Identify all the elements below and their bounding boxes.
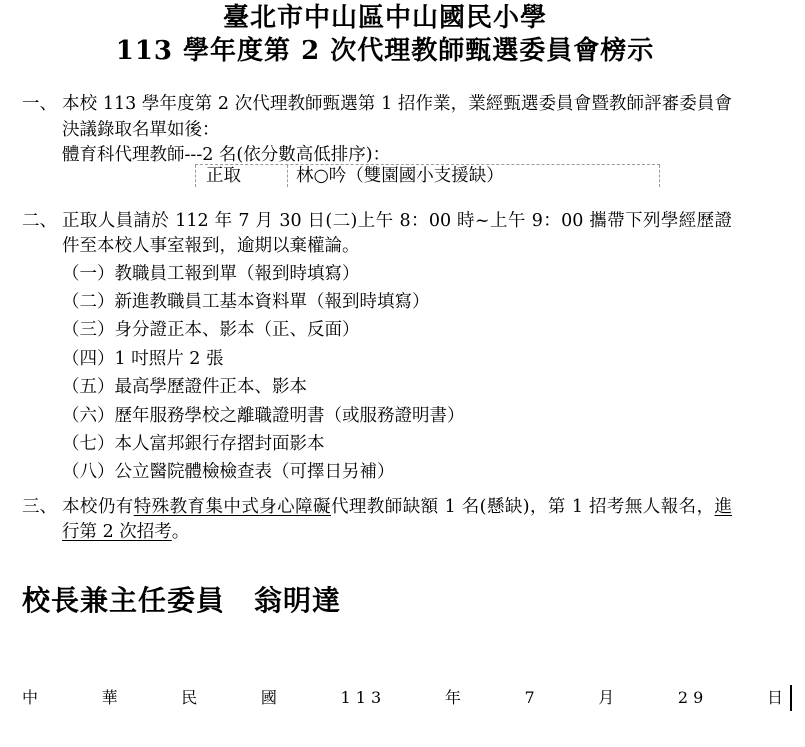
school-title: 臺北市中山區中山國民小學 — [22, 2, 748, 35]
section-2-paragraph: 正取人員請於 112 年 7 月 30 日(二)上午 8：00 時~上午 9：0… — [62, 209, 732, 260]
date-char: 月 — [598, 686, 614, 710]
section-2-body: 正取人員請於 112 年 7 月 30 日(二)上午 8：00 時~上午 9：0… — [62, 209, 732, 487]
section-2: 二、 正取人員請於 112 年 7 月 30 日(二)上午 8：00 時~上午 … — [22, 209, 734, 487]
result-name-cell: 林○吟（雙園國小支援缺） — [287, 165, 660, 187]
text-cursor — [790, 685, 792, 711]
section-1-paragraph: 本校 113 學年度第 2 次代理教師甄選第 1 招作業，業經甄選委員會暨教師評… — [62, 92, 732, 143]
section-3: 三、 本校仍有特殊教育集中式身心障礙代理教師缺額 1 名(懸缺)，第 1 招考無… — [22, 495, 734, 546]
date-month-value: 7 — [524, 686, 534, 710]
checklist-item: （四）1 吋照片 2 張 — [62, 345, 732, 373]
checklist-item: （一）教職員工報到單（報到時填寫） — [62, 260, 732, 288]
checklist-item: （三）身分證正本、影本（正、反面） — [62, 316, 732, 344]
admission-result-table: 正取 林○吟（雙園國小支援缺） — [195, 164, 660, 187]
document-page[interactable]: 臺北市中山區中山國民小學 113 學年度第 2 次代理教師甄選委員會榜示 一、 … — [0, 0, 805, 747]
section-3-underlined-vacancy: 特殊教育集中式身心障礙 — [134, 497, 331, 517]
date-char: 民 — [181, 686, 197, 710]
date-char: 華 — [102, 686, 118, 710]
section-1-number: 一、 — [22, 92, 62, 118]
section-3-text: 。 — [172, 522, 190, 542]
date-line: 中 華 民 國 1 1 3 年 7 月 2 9 日 — [22, 685, 792, 711]
checklist-item: （五）最高學歷證件正本、影本 — [62, 373, 732, 401]
principal-signature: 校長兼主任委員 翁明達 — [22, 583, 805, 619]
checklist-item: （六）歷年服務學校之離職證明書（或服務證明書） — [62, 402, 732, 430]
section-2-number: 二、 — [22, 209, 62, 235]
section-3-text: 本校仍有 — [62, 497, 134, 517]
date-day-group: 日 — [767, 685, 792, 711]
date-char: 日 — [767, 686, 783, 710]
section-1-body: 本校 113 學年度第 2 次代理教師甄選第 1 招作業，業經甄選委員會暨教師評… — [62, 92, 732, 169]
result-status-cell: 正取 — [195, 165, 287, 187]
date-char: 年 — [445, 686, 461, 710]
date-char: 中 — [22, 686, 38, 710]
checklist-item: （八）公立醫院體檢檢查表（可擇日另補） — [62, 458, 732, 486]
section-3-number: 三、 — [22, 495, 62, 521]
section-3-text: 代理教師缺額 1 名(懸缺)，第 1 招考無人報名， — [331, 497, 715, 517]
date-year-value: 1 1 3 — [341, 686, 382, 710]
section-1: 一、 本校 113 學年度第 2 次代理教師甄選第 1 招作業，業經甄選委員會暨… — [22, 92, 734, 169]
date-char: 國 — [261, 686, 277, 710]
announcement-title: 113 學年度第 2 次代理教師甄選委員會榜示 — [22, 35, 748, 68]
document-checklist: （一）教職員工報到單（報到時填寫） （二）新進教職員工基本資料單（報到時填寫） … — [62, 260, 732, 487]
checklist-item: （七）本人富邦銀行存摺封面影本 — [62, 430, 732, 458]
section-3-body: 本校仍有特殊教育集中式身心障礙代理教師缺額 1 名(懸缺)，第 1 招考無人報名… — [62, 495, 732, 546]
checklist-item: （二）新進教職員工基本資料單（報到時填寫） — [62, 288, 732, 316]
date-day-value: 2 9 — [678, 686, 703, 710]
